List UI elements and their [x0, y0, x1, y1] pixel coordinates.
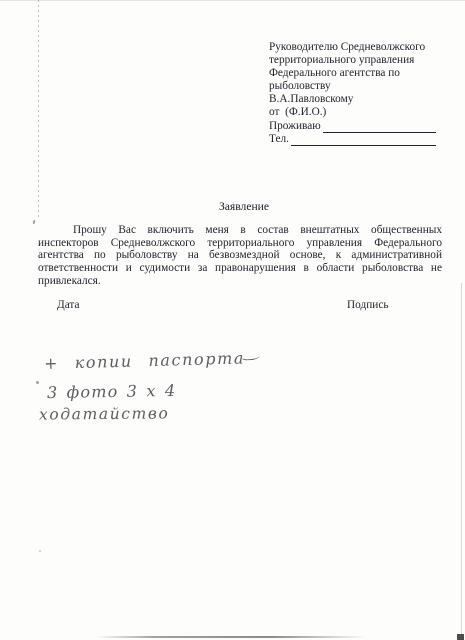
scan-corner-mark: [457, 634, 464, 640]
scanned-document-page: Руководителю Средневолжского территориал…: [0, 0, 465, 640]
residence-blank-underline: [323, 121, 436, 133]
handwritten-note-petition: ходатайство: [39, 404, 170, 423]
date-label: Дата: [57, 299, 80, 311]
recipient-from-line: от (Ф.И.О.): [269, 106, 436, 119]
scan-bottom-shadow-line: [95, 636, 367, 638]
scan-speckle: [39, 550, 41, 552]
scan-vertical-line-right: [461, 283, 462, 640]
signature-label: Подпись: [347, 299, 389, 311]
handwritten-note-passport-copies: + копии паспорта: [44, 348, 260, 373]
recipient-line: территориального управления: [269, 54, 436, 67]
body-paragraph: Прошу Вас включить меня в состав внештат…: [38, 224, 442, 288]
residence-label: Проживаю: [269, 120, 321, 133]
phone-label: Тел.: [269, 133, 289, 146]
document-title: Заявление: [38, 200, 450, 213]
scan-speckle: [33, 220, 36, 224]
phone-line: Тел.: [269, 133, 436, 146]
recipient-line: рыболовству: [269, 80, 436, 93]
scan-vertical-line-left: [38, 0, 39, 218]
scan-top-edge-line: [0, 0, 465, 1]
scan-speckle: [36, 381, 39, 384]
recipient-name-line: В.А.Павловскому: [269, 93, 436, 106]
recipient-block: Руководителю Средневолжского территориал…: [269, 41, 436, 146]
residence-line: Проживаю: [269, 120, 436, 133]
recipient-line: Федерального агентства по: [269, 67, 436, 80]
recipient-line: Руководителю Средневолжского: [269, 41, 436, 54]
handwritten-note-photos: 3 фото 3 х 4: [47, 381, 177, 402]
phone-blank-underline: [291, 134, 436, 146]
